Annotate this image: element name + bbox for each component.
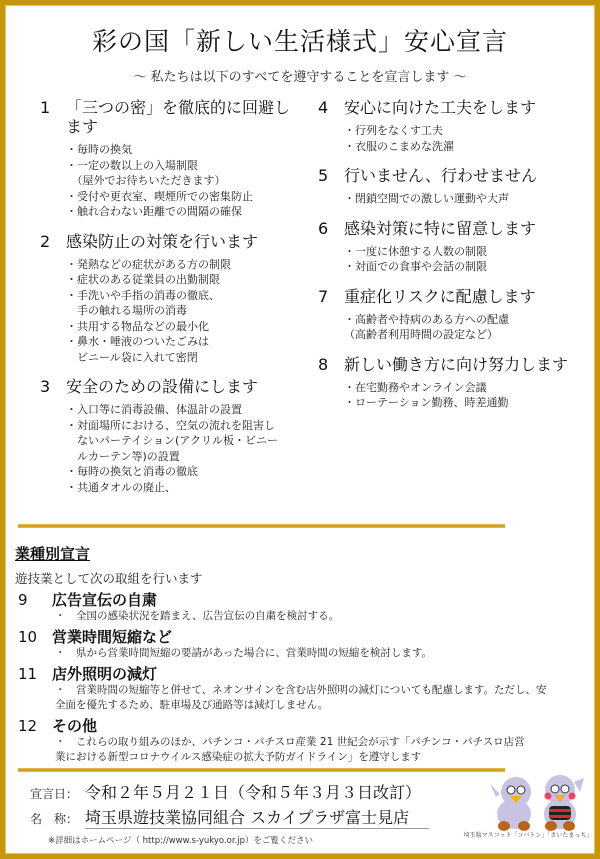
declaration-item: ・鼻水・唾液のついたごみは ビニール袋に入れて密閉 xyxy=(66,334,305,365)
declaration-number: 3 xyxy=(40,377,66,396)
page-title: 彩の国「新しい生活様式」安心宣言 xyxy=(0,22,600,58)
industry-number: 12 xyxy=(15,717,52,735)
industry-body: ・ これらの取り組みのほか、パチンコ・パチスロ産業 21 世紀会が示す「パチンコ… xyxy=(15,735,585,765)
declaration-item: ・受付や更衣室、喫煙所での密集防止 xyxy=(66,189,305,205)
date-label: 宣言日： xyxy=(30,785,85,802)
declaration-items: ・発熱などの症状がある方の制限・症状のある従業員の出勤制限・手洗いや手指の消毒の… xyxy=(40,257,305,366)
declaration-section: 5行いません、行わせません・閉鎖空間での激しい運動や大声 xyxy=(318,166,583,207)
declaration-heading-text: 安全のための設備にします xyxy=(66,377,258,396)
industry-heading: 12その他 xyxy=(15,717,585,735)
declaration-items: ・閉鎖空間での激しい運動や大声 xyxy=(318,191,583,207)
declaration-heading-text: 重症化リスクに配慮します xyxy=(344,287,536,306)
industry-heading-text: その他 xyxy=(52,717,97,735)
declaration-heading-text: 「三つの密」を徹底的に回避します xyxy=(66,98,305,136)
declaration-item: ・共通タオルの廃止、 xyxy=(66,480,305,496)
declarations-left-column: 1「三つの密」を徹底的に回避します・毎時の換気・一定の数以上の入場制限 （屋外で… xyxy=(40,98,305,507)
declaration-number: 8 xyxy=(318,355,344,374)
declaration-items: ・在宅勤務やオンライン会議・ローテーション勤務、時差通勤 xyxy=(318,380,583,411)
industry-body: ・ 全国の感染状況を踏まえ、広告宣伝の自粛を検討する。 xyxy=(15,609,585,624)
homepage-note: ※詳細はホームページ（ http://www.s-yukyo.or.jp）をご覧… xyxy=(30,834,470,846)
industry-heading-text: 営業時間短縮など xyxy=(52,628,172,646)
declaration-number: 2 xyxy=(40,232,66,251)
declaration-section: 1「三つの密」を徹底的に回避します・毎時の換気・一定の数以上の入場制限 （屋外で… xyxy=(40,98,305,220)
declaration-item: ・触れ合わない距離での間隔の確保 xyxy=(66,204,305,220)
declaration-item: ・衣服のこまめな洗濯 xyxy=(344,139,583,155)
mascot-caption: 埼玉県マスコット「コバトン」「さいたまっち」 xyxy=(462,830,594,839)
industry-body: ・ 県から営業時間短縮の要請があった場合に、営業時間の短縮を検討します。 xyxy=(15,646,585,661)
declaration-item: ・一定の数以上の入場制限 （屋外でお待ちいただきます） xyxy=(66,158,305,189)
declaration-date-row: 宣言日： 令和２年５月２１日（令和５年３月３日改訂） xyxy=(30,780,470,803)
declaration-item: ・一度に休憩する人数の制限 xyxy=(344,244,583,260)
page-subtitle: ～ 私たちは以下のすべてを遵守することを宣言します ～ xyxy=(0,66,600,85)
declarations-right-column: 4安心に向けた工夫をします・行列をなくす工夫・衣服のこまめな洗濯5行いません、行… xyxy=(318,98,583,423)
name-value: 埼玉県遊技業協同組合 スカイプラザ富士見店 xyxy=(85,805,429,829)
industry-heading-text: 店外照明の減灯 xyxy=(52,665,157,683)
footer: 宣言日： 令和２年５月２１日（令和５年３月３日改訂） 名 称： 埼玉県遊技業協同… xyxy=(30,780,470,846)
declaration-heading-text: 行いません、行わせません xyxy=(344,166,537,185)
declaration-item: ・症状のある従業員の出勤制限 xyxy=(66,272,305,288)
declaration-items: ・入口等に消毒設備、体温計の設置・対面場所における、空気の流れを阻害し ないパー… xyxy=(40,402,305,495)
declaration-items: ・高齢者や持病のある方への配慮 （高齢者利用時間の設定など） xyxy=(318,312,583,343)
declaration-section: 2感染防止の対策を行います・発熱などの症状がある方の制限・症状のある従業員の出勤… xyxy=(40,232,305,366)
section-divider-top xyxy=(18,524,505,528)
declaration-number: 6 xyxy=(318,219,344,238)
declaration-item: ・毎時の換気 xyxy=(66,142,305,158)
declaration-number: 5 xyxy=(318,166,344,185)
industry-declaration: 業種別宣言 遊技業として次の取組を行います 9広告宣伝の自粛・ 全国の感染状況を… xyxy=(15,543,585,765)
declaration-heading: 6感染対策に特に留意します xyxy=(318,219,583,238)
industry-title: 業種別宣言 xyxy=(15,543,585,564)
declaration-section: 7重症化リスクに配慮します・高齢者や持病のある方への配慮 （高齢者利用時間の設定… xyxy=(318,287,583,343)
declaration-item: ・入口等に消毒設備、体温計の設置 xyxy=(66,402,305,418)
declaration-heading: 3安全のための設備にします xyxy=(40,377,305,396)
declaration-number: 1 xyxy=(40,98,66,136)
declaration-heading-text: 感染対策に特に留意します xyxy=(344,219,536,238)
declaration-number: 7 xyxy=(318,287,344,306)
declaration-item: ・行列をなくす工夫 xyxy=(344,123,583,139)
industry-heading-text: 広告宣伝の自粛 xyxy=(52,591,157,609)
declaration-item: ・閉鎖空間での激しい運動や大声 xyxy=(344,191,583,207)
declaration-item: ・発熱などの症状がある方の制限 xyxy=(66,257,305,273)
industry-section: 11店外照明の減灯・ 営業時間の短縮等と併せて、ネオンサインを含む店外照明の減灯… xyxy=(15,665,585,713)
declaration-number: 4 xyxy=(318,98,344,117)
declaration-items: ・行列をなくす工夫・衣服のこまめな洗濯 xyxy=(318,123,583,154)
declaration-heading: 1「三つの密」を徹底的に回避します xyxy=(40,98,305,136)
declaration-section: 6感染対策に特に留意します・一度に休憩する人数の制限・対面での食事や会話の制限 xyxy=(318,219,583,275)
industry-intro: 遊技業として次の取組を行います xyxy=(15,569,585,587)
declaration-heading: 5行いません、行わせません xyxy=(318,166,583,185)
industry-number: 11 xyxy=(15,665,52,683)
date-value: 令和２年５月２１日（令和５年３月３日改訂） xyxy=(85,780,421,803)
industry-number: 9 xyxy=(15,591,52,609)
declaration-item: ・高齢者や持病のある方への配慮 （高齢者利用時間の設定など） xyxy=(344,312,583,343)
declaration-heading-text: 新しい働き方に向け努力します xyxy=(344,355,568,374)
organization-row: 名 称： 埼玉県遊技業協同組合 スカイプラザ富士見店 xyxy=(30,805,470,829)
section-divider-bottom xyxy=(18,768,505,772)
declaration-section: 8新しい働き方に向け努力します・在宅勤務やオンライン会議・ローテーション勤務、時… xyxy=(318,355,583,411)
declaration-item: ・毎時の換気と消毒の徹底 xyxy=(66,464,305,480)
industry-heading: 10営業時間短縮など xyxy=(15,628,585,646)
declaration-heading: 4安心に向けた工夫をします xyxy=(318,98,583,117)
declaration-section: 4安心に向けた工夫をします・行列をなくす工夫・衣服のこまめな洗濯 xyxy=(318,98,583,154)
industry-body: ・ 営業時間の短縮等と併せて、ネオンサインを含む店外照明の減灯についても配慮しま… xyxy=(15,683,585,713)
mascot-icon xyxy=(488,772,588,832)
declaration-heading: 7重症化リスクに配慮します xyxy=(318,287,583,306)
declaration-items: ・毎時の換気・一定の数以上の入場制限 （屋外でお待ちいただきます）・受付や更衣室… xyxy=(40,142,305,220)
name-label: 名 称： xyxy=(30,810,85,827)
industry-section: 9広告宣伝の自粛・ 全国の感染状況を踏まえ、広告宣伝の自粛を検討する。 xyxy=(15,591,585,624)
industry-number: 10 xyxy=(15,628,52,646)
declaration-item: ・共用する物品などの最小化 xyxy=(66,319,305,335)
declaration-item: ・手洗いや手指の消毒の徹底、 手の触れる場所の消毒 xyxy=(66,288,305,319)
declaration-item: ・対面での食事や会話の制限 xyxy=(344,259,583,275)
declaration-items: ・一度に休憩する人数の制限・対面での食事や会話の制限 xyxy=(318,244,583,275)
declaration-item: ・在宅勤務やオンライン会議 xyxy=(344,380,583,396)
industry-heading: 11店外照明の減灯 xyxy=(15,665,585,683)
declaration-heading-text: 安心に向けた工夫をします xyxy=(344,98,536,117)
declaration-section: 3安全のための設備にします・入口等に消毒設備、体温計の設置・対面場所における、空… xyxy=(40,377,305,495)
industry-section: 12その他・ これらの取り組みのほか、パチンコ・パチスロ産業 21 世紀会が示す… xyxy=(15,717,585,765)
declaration-heading: 8新しい働き方に向け努力します xyxy=(318,355,583,374)
declaration-heading-text: 感染防止の対策を行います xyxy=(66,232,258,251)
industry-section: 10営業時間短縮など・ 県から営業時間短縮の要請があった場合に、営業時間の短縮を… xyxy=(15,628,585,661)
industry-heading: 9広告宣伝の自粛 xyxy=(15,591,585,609)
declaration-item: ・ローテーション勤務、時差通勤 xyxy=(344,395,583,411)
declaration-heading: 2感染防止の対策を行います xyxy=(40,232,305,251)
declaration-item: ・対面場所における、空気の流れを阻害し ないパーテイション(アクリル板・ビニー … xyxy=(66,418,305,465)
